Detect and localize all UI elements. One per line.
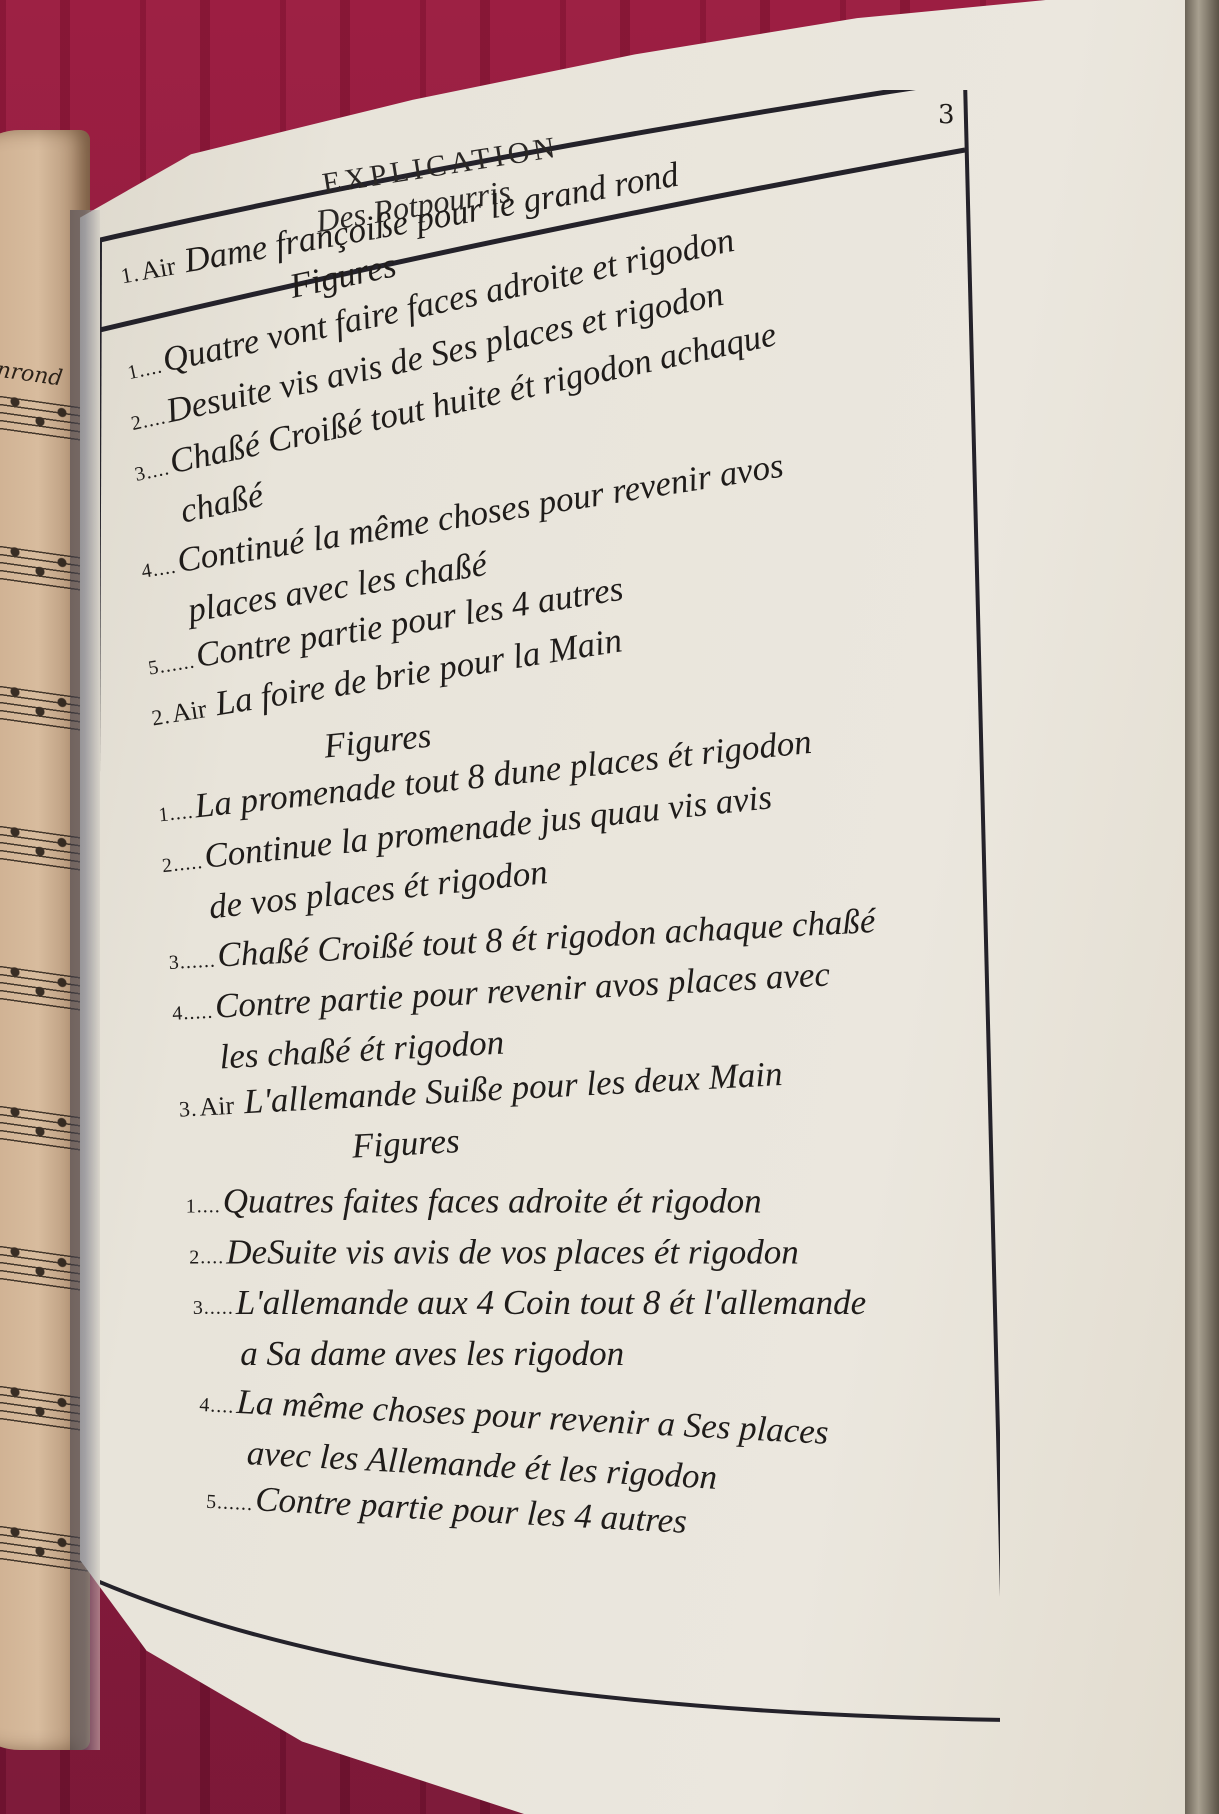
air-keyword: Air [170, 694, 209, 728]
dance-instructions: 1.AirDame françoiße pour le grand rond F… [112, 87, 1106, 1524]
air-keyword: Air [199, 1091, 235, 1122]
figure-item: 3.....L'allemande aux 4 Coin tout 8 ét l… [193, 1280, 1093, 1331]
book-edge [1185, 0, 1219, 1814]
book-gutter [70, 210, 100, 1750]
air-keyword: Air [138, 251, 177, 286]
left-page-label: f:enrond [0, 354, 64, 392]
figure-item: 2....DeSuite vis avis de vos places ét r… [189, 1229, 1089, 1280]
figure-item: 1....Quatres faites faces adroite ét rig… [186, 1178, 1086, 1229]
figure-item-continuation: a Sa dame aves les rigodon [196, 1331, 1096, 1377]
